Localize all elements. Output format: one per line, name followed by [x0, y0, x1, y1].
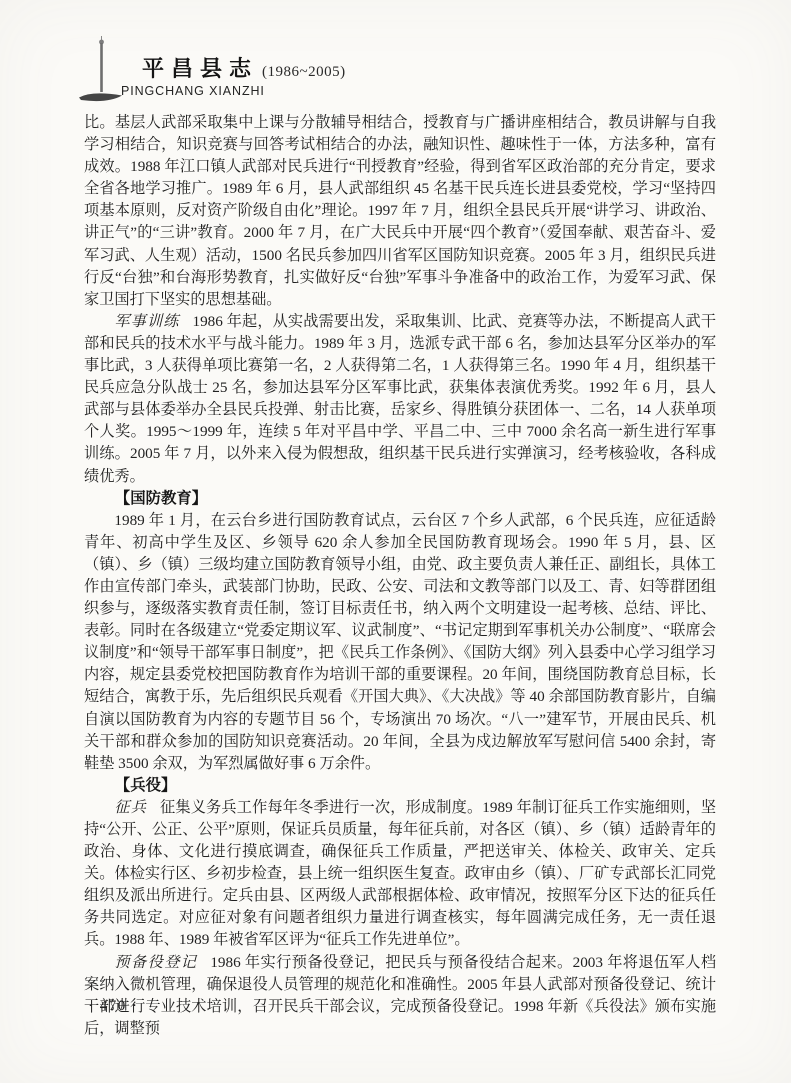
paragraph-conscription: 征兵征集义务兵工作每年冬季进行一次，形成制度。1989 年制订征兵工作实施细则，… — [84, 797, 716, 952]
page-number: · 470 · — [88, 998, 139, 1015]
monument-logo-icon — [78, 34, 126, 106]
paragraph-defense-education: 1989 年 1 月，在云台乡进行国防教育试点，云台区 7 个乡人武部，6 个民… — [84, 510, 716, 775]
entry-text: 征集义务兵工作每年冬季进行一次，形成制度。1989 年制订征兵工作实施细则，坚持… — [84, 799, 716, 949]
section-heading-national-defense-education: 【国防教育】 — [84, 488, 716, 510]
paragraph-continuation: 比。基层人武部采取集中上课与分散辅导相结合，授教育与广播讲座相结合，教员讲解与自… — [84, 112, 716, 311]
paragraph-military-training: 军事训练1986 年起，从实战需要出发，采取集训、比武、竞赛等办法，不断提高人武… — [84, 311, 716, 488]
entry-text: 1986 年起，从实战需要出发，采取集训、比武、竞赛等办法，不断提高人武干部和民… — [84, 313, 716, 485]
paragraph-reserve-registration: 预备役登记1986 年实行预备役登记，把民兵与预备役结合起来。2003 年将退伍… — [84, 952, 716, 1040]
book-title-pinyin: PINGCHANG XIANZHI — [121, 84, 265, 98]
book-title: 平昌县志 — [142, 56, 258, 81]
entry-term: 征兵 — [114, 799, 147, 816]
entry-term: 预备役登记 — [114, 954, 197, 971]
book-title-years: (1986~2005) — [262, 64, 346, 80]
entry-term: 军事训练 — [114, 313, 179, 330]
page-body: 比。基层人武部采取集中上课与分散辅导相结合，授教育与广播讲座相结合，教员讲解与自… — [84, 112, 716, 1040]
scanned-page: 平昌县志 (1986~2005) PINGCHANG XIANZHI 比。基层人… — [0, 0, 791, 1083]
book-title-row: 平昌县志 (1986~2005) — [142, 52, 346, 83]
section-heading-military-service: 【兵役】 — [84, 775, 716, 797]
